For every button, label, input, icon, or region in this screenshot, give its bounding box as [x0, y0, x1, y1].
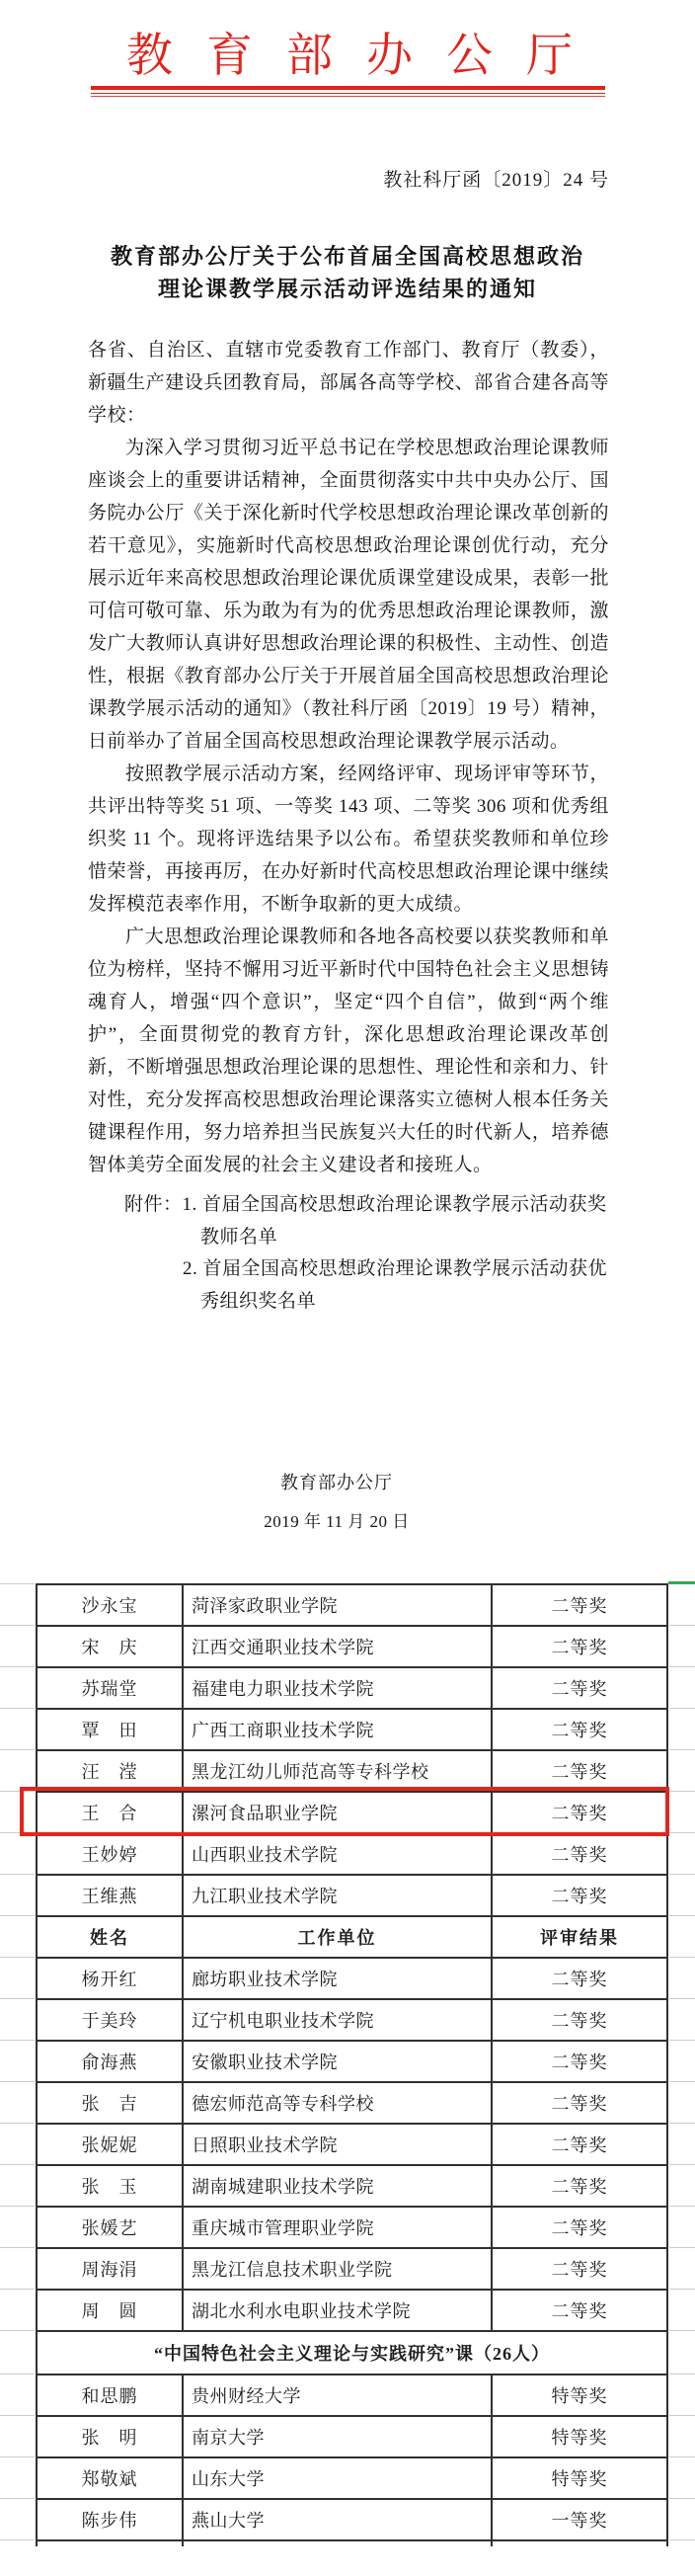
- gutter-grid-line: [669, 1874, 695, 1875]
- gutter-grid-line: [669, 1625, 695, 1626]
- gutter-grid-line: [0, 2081, 35, 2082]
- table-row: 王妙婷山西职业技术学院二等奖: [37, 1833, 667, 1875]
- doc-header-char: 教: [126, 19, 173, 85]
- award-cell: 二等奖: [492, 2207, 667, 2248]
- gutter-grid-line: [0, 2123, 35, 2124]
- table-row: 汪 滢黑龙江幼儿师范高等专科学校二等奖: [37, 1750, 667, 1792]
- gutter-grid-line: [0, 1915, 35, 1916]
- award-cell: 二等奖: [492, 1626, 667, 1667]
- column-header: 姓名: [37, 1916, 183, 1958]
- gutter-grid-line: [0, 1957, 35, 1958]
- unit-cell: 漯河食品职业学院: [183, 1792, 492, 1833]
- gutter-grid-line: [669, 2164, 695, 2165]
- name-cell: 陈步伟: [37, 2499, 183, 2540]
- award-cell: 二等奖: [492, 2290, 667, 2331]
- gutter-grid-line: [0, 1791, 35, 1792]
- gutter-grid-line: [669, 1749, 695, 1750]
- unit-cell: 辽宁机电职业技术学院: [183, 1999, 492, 2041]
- unit-cell: 安徽职业技术学院: [183, 2041, 492, 2082]
- award-cell: 二等奖: [492, 1667, 667, 1709]
- doc-header-char: 公: [446, 19, 493, 85]
- doc-header-char: 部: [286, 19, 333, 85]
- doc-header-title: 教育部办公厅: [126, 22, 573, 81]
- table-row: 郑敬斌山东大学特等奖: [37, 2457, 667, 2499]
- name-cell: 郑敬斌: [37, 2457, 183, 2499]
- unit-cell: 日照职业技术学院: [183, 2124, 492, 2165]
- header-rule-thin-1: [91, 93, 605, 94]
- gutter-grid-line: [0, 2289, 35, 2290]
- table-row: 苏瑞堂福建电力职业技术学院二等奖: [37, 1667, 667, 1709]
- gutter-grid-line: [669, 2330, 695, 2331]
- table-row: 俞海燕安徽职业技术学院二等奖: [37, 2041, 667, 2082]
- gutter-grid-line: [0, 1749, 35, 1750]
- award-cell: 二等奖: [492, 2248, 667, 2290]
- gutter-grid-line: [669, 2498, 695, 2499]
- table-section-row: “中国特色社会主义理论与实践研究”课（26人）: [37, 2331, 667, 2375]
- gutter-grid-line: [0, 2415, 35, 2416]
- attachment-line: 教师名单: [124, 1222, 607, 1254]
- gutter-grid-line: [669, 2415, 695, 2416]
- gutter-grid-line: [669, 1998, 695, 1999]
- body-paragraph: 各省、自治区、直辖市党委教育工作部门、教育厅（教委），新疆生产建设兵团教育局，部…: [88, 334, 609, 432]
- table-row: 张媛艺重庆城市管理职业学院二等奖: [37, 2207, 667, 2248]
- name-cell: 张媛艺: [37, 2207, 183, 2248]
- table-row: 和思鹏贵州财经大学特等奖: [37, 2375, 667, 2416]
- attachment-line: 附件：1. 首届全国高校思想政治理论课教学展示活动获奖: [124, 1189, 607, 1222]
- table-row: 覃 田广西工商职业技术学院二等奖: [37, 1709, 667, 1750]
- award-cell: 二等奖: [492, 2165, 667, 2207]
- name-cell: 苏瑞堂: [37, 1667, 183, 1709]
- award-cell: 二等奖: [492, 2082, 667, 2124]
- gutter-grid-line: [669, 2289, 695, 2290]
- table-row: 陈步伟燕山大学一等奖: [37, 2499, 667, 2540]
- attachment-line: 2. 首届全国高校思想政治理论课教学展示活动获优: [124, 1253, 607, 1286]
- gutter-grid-line: [669, 1832, 695, 1833]
- table-row: 张 玉湖南城建职业技术学院二等奖: [37, 2165, 667, 2207]
- gutter-grid-line: [0, 2247, 35, 2248]
- unit-cell: 南京大学: [183, 2416, 492, 2457]
- name-cell: 张妮妮: [37, 2124, 183, 2165]
- unit-cell: 江西交通职业技术学院: [183, 1626, 492, 1667]
- gutter-grid-line: [669, 2206, 695, 2207]
- unit-cell: 湖北水利水电职业技术学院: [183, 2290, 492, 2331]
- header-rule-thin-2: [91, 96, 605, 97]
- gutter-grid-line: [669, 1666, 695, 1667]
- gutter-grid-line: [0, 2498, 35, 2499]
- award-cell: 二等奖: [492, 1709, 667, 1750]
- name-cell: 王 合: [37, 1792, 183, 1833]
- unit-cell: 贵州财经大学: [183, 2375, 492, 2416]
- table-row: 张 吉德宏师范高等专科学校二等奖: [37, 2082, 667, 2124]
- name-cell: 周海涓: [37, 2248, 183, 2290]
- gutter-grid-line: [0, 1625, 35, 1626]
- gutter-grid-line: [0, 1874, 35, 1875]
- name-cell: 王妙婷: [37, 1833, 183, 1875]
- gutter-grid-line: [669, 2374, 695, 2375]
- unit-cell: 燕山大学: [183, 2499, 492, 2540]
- unit-cell: 黑龙江幼儿师范高等专科学校: [183, 1750, 492, 1792]
- name-cell: 王维燕: [37, 1875, 183, 1916]
- award-cell: 二等奖: [492, 1833, 667, 1875]
- gutter-grid-line: [669, 2081, 695, 2082]
- signature-date: 2019 年 11 月 20 日: [221, 1507, 452, 1532]
- award-cell: 二等奖: [492, 2124, 667, 2165]
- name-cell: 张 吉: [37, 2082, 183, 2124]
- gutter-grid-line: [0, 2040, 35, 2041]
- attachment-block: 附件：1. 首届全国高校思想政治理论课教学展示活动获奖教师名单2. 首届全国高校…: [124, 1189, 607, 1318]
- unit-cell: 广西工商职业技术学院: [183, 1709, 492, 1750]
- gutter-grid-line: [0, 1708, 35, 1709]
- body-paragraphs: 各省、自治区、直辖市党委教育工作部门、教育厅（教委），新疆生产建设兵团教育局，部…: [88, 334, 609, 1181]
- award-cell: 特等奖: [492, 2457, 667, 2499]
- gutter-grid-line: [669, 2123, 695, 2124]
- signature-org: 教育部办公厅: [221, 1469, 452, 1494]
- doc-title: 教育部办公厅关于公布首届全国高校思想政治 理论课教学展示活动评选结果的通知: [0, 240, 695, 305]
- table-row: 王 合漯河食品职业学院二等奖: [37, 1792, 667, 1833]
- gutter-grid-line: [669, 1791, 695, 1792]
- award-cell: 二等奖: [492, 1584, 667, 1626]
- table-row: 宋 庆江西交通职业技术学院二等奖: [37, 1626, 667, 1667]
- unit-cell: 黑龙江信息技术职业学院: [183, 2248, 492, 2290]
- award-cell: 二等奖: [492, 1958, 667, 1999]
- doc-header-char: 办: [366, 19, 413, 85]
- unit-cell: 菏泽家政职业学院: [183, 1584, 492, 1626]
- name-cell: 周 圆: [37, 2290, 183, 2331]
- name-cell: 沙永宝: [37, 1584, 183, 1626]
- unit-cell: 重庆城市管理职业学院: [183, 2207, 492, 2248]
- table-row: 周 圆湖北水利水电职业技术学院二等奖: [37, 2290, 667, 2331]
- name-cell: 汪 滢: [37, 1750, 183, 1792]
- gutter-grid-line: [669, 2040, 695, 2041]
- doc-title-line-1: 教育部办公厅关于公布首届全国高校思想政治: [0, 240, 695, 273]
- gutter-grid-line: [0, 2164, 35, 2165]
- awards-sheet: 沙永宝菏泽家政职业学院二等奖宋 庆江西交通职业技术学院二等奖苏瑞堂福建电力职业技…: [0, 1583, 695, 2571]
- gutter-grid-line: [0, 1998, 35, 1999]
- name-cell: 张 明: [37, 2416, 183, 2457]
- table-row: 杨开红廊坊职业技术学院二等奖: [37, 1958, 667, 1999]
- doc-number: 教社科厅函〔2019〕24 号: [383, 165, 609, 192]
- doc-header-char: 育: [206, 19, 253, 85]
- table-header-row: 姓名工作单位评审结果: [37, 1916, 667, 1958]
- name-cell: 宋 庆: [37, 1626, 183, 1667]
- partial-row-border: [666, 2541, 668, 2546]
- gutter-grid-line: [0, 1666, 35, 1667]
- document-page: 教育部办公厅 教社科厅函〔2019〕24 号 教育部办公厅关于公布首届全国高校思…: [0, 0, 695, 2576]
- partial-row-border: [491, 2541, 493, 2546]
- gutter-grid-line: [669, 1915, 695, 1916]
- header-rule-thick: [91, 86, 605, 90]
- attachment-line: 秀组织奖名单: [124, 1286, 607, 1319]
- gutter-grid-line: [0, 1583, 35, 1584]
- gutter-grid-line: [669, 2247, 695, 2248]
- gutter-grid-line: [0, 2206, 35, 2207]
- partial-row-border: [182, 2541, 184, 2546]
- award-cell: 一等奖: [492, 2499, 667, 2540]
- green-corner-mark: [668, 1581, 695, 1584]
- table-row: 张妮妮日照职业技术学院二等奖: [37, 2124, 667, 2165]
- gutter-grid-line: [669, 1957, 695, 1958]
- unit-cell: 九江职业技术学院: [183, 1875, 492, 1916]
- section-label: “中国特色社会主义理论与实践研究”课（26人）: [37, 2331, 667, 2375]
- award-cell: 特等奖: [492, 2375, 667, 2416]
- gutter-grid-line: [669, 2539, 695, 2540]
- body-paragraph: 为深入学习贯彻习近平总书记在学校思想政治理论课教师座谈会上的重要讲话精神，全面贯…: [88, 432, 609, 758]
- award-cell: 二等奖: [492, 1999, 667, 2041]
- award-cell: 特等奖: [492, 2416, 667, 2457]
- unit-cell: 山西职业技术学院: [183, 1833, 492, 1875]
- name-cell: 杨开红: [37, 1958, 183, 1999]
- unit-cell: 福建电力职业技术学院: [183, 1667, 492, 1709]
- unit-cell: 湖南城建职业技术学院: [183, 2165, 492, 2207]
- name-cell: 和思鹏: [37, 2375, 183, 2416]
- gutter-grid-line: [0, 2539, 35, 2540]
- award-cell: 二等奖: [492, 2041, 667, 2082]
- award-cell: 二等奖: [492, 1792, 667, 1833]
- gutter-grid-line: [0, 2330, 35, 2331]
- column-header: 评审结果: [492, 1916, 667, 1958]
- unit-cell: 山东大学: [183, 2457, 492, 2499]
- unit-cell: 德宏师范高等专科学校: [183, 2082, 492, 2124]
- gutter-grid-line: [0, 2374, 35, 2375]
- name-cell: 俞海燕: [37, 2041, 183, 2082]
- table-row: 沙永宝菏泽家政职业学院二等奖: [37, 1584, 667, 1626]
- gutter-grid-line: [669, 2456, 695, 2457]
- doc-header-char: 厅: [526, 19, 573, 85]
- awards-table: 沙永宝菏泽家政职业学院二等奖宋 庆江西交通职业技术学院二等奖苏瑞堂福建电力职业技…: [36, 1583, 668, 2541]
- partial-row-border: [36, 2541, 38, 2546]
- award-cell: 二等奖: [492, 1750, 667, 1792]
- table-row: 张 明南京大学特等奖: [37, 2416, 667, 2457]
- unit-cell: 廊坊职业技术学院: [183, 1958, 492, 1999]
- body-paragraph: 广大思想政治理论课教师和各地各高校要以获奖教师和单位为榜样，坚持不懈用习近平新时…: [88, 921, 609, 1181]
- name-cell: 张 玉: [37, 2165, 183, 2207]
- column-header: 工作单位: [183, 1916, 492, 1958]
- gutter-grid-line: [669, 1708, 695, 1709]
- table-row: 王维燕九江职业技术学院二等奖: [37, 1875, 667, 1916]
- award-cell: 二等奖: [492, 1875, 667, 1916]
- table-row: 周海涓黑龙江信息技术职业学院二等奖: [37, 2248, 667, 2290]
- gutter-grid-line: [0, 1832, 35, 1833]
- name-cell: 覃 田: [37, 1709, 183, 1750]
- doc-title-line-2: 理论课教学展示活动评选结果的通知: [0, 273, 695, 305]
- body-paragraph: 按照教学展示活动方案，经网络评审、现场评审等环节，共评出特等奖 51 项、一等奖…: [88, 758, 609, 921]
- table-row: 于美玲辽宁机电职业技术学院二等奖: [37, 1999, 667, 2041]
- name-cell: 于美玲: [37, 1999, 183, 2041]
- gutter-grid-line: [0, 2456, 35, 2457]
